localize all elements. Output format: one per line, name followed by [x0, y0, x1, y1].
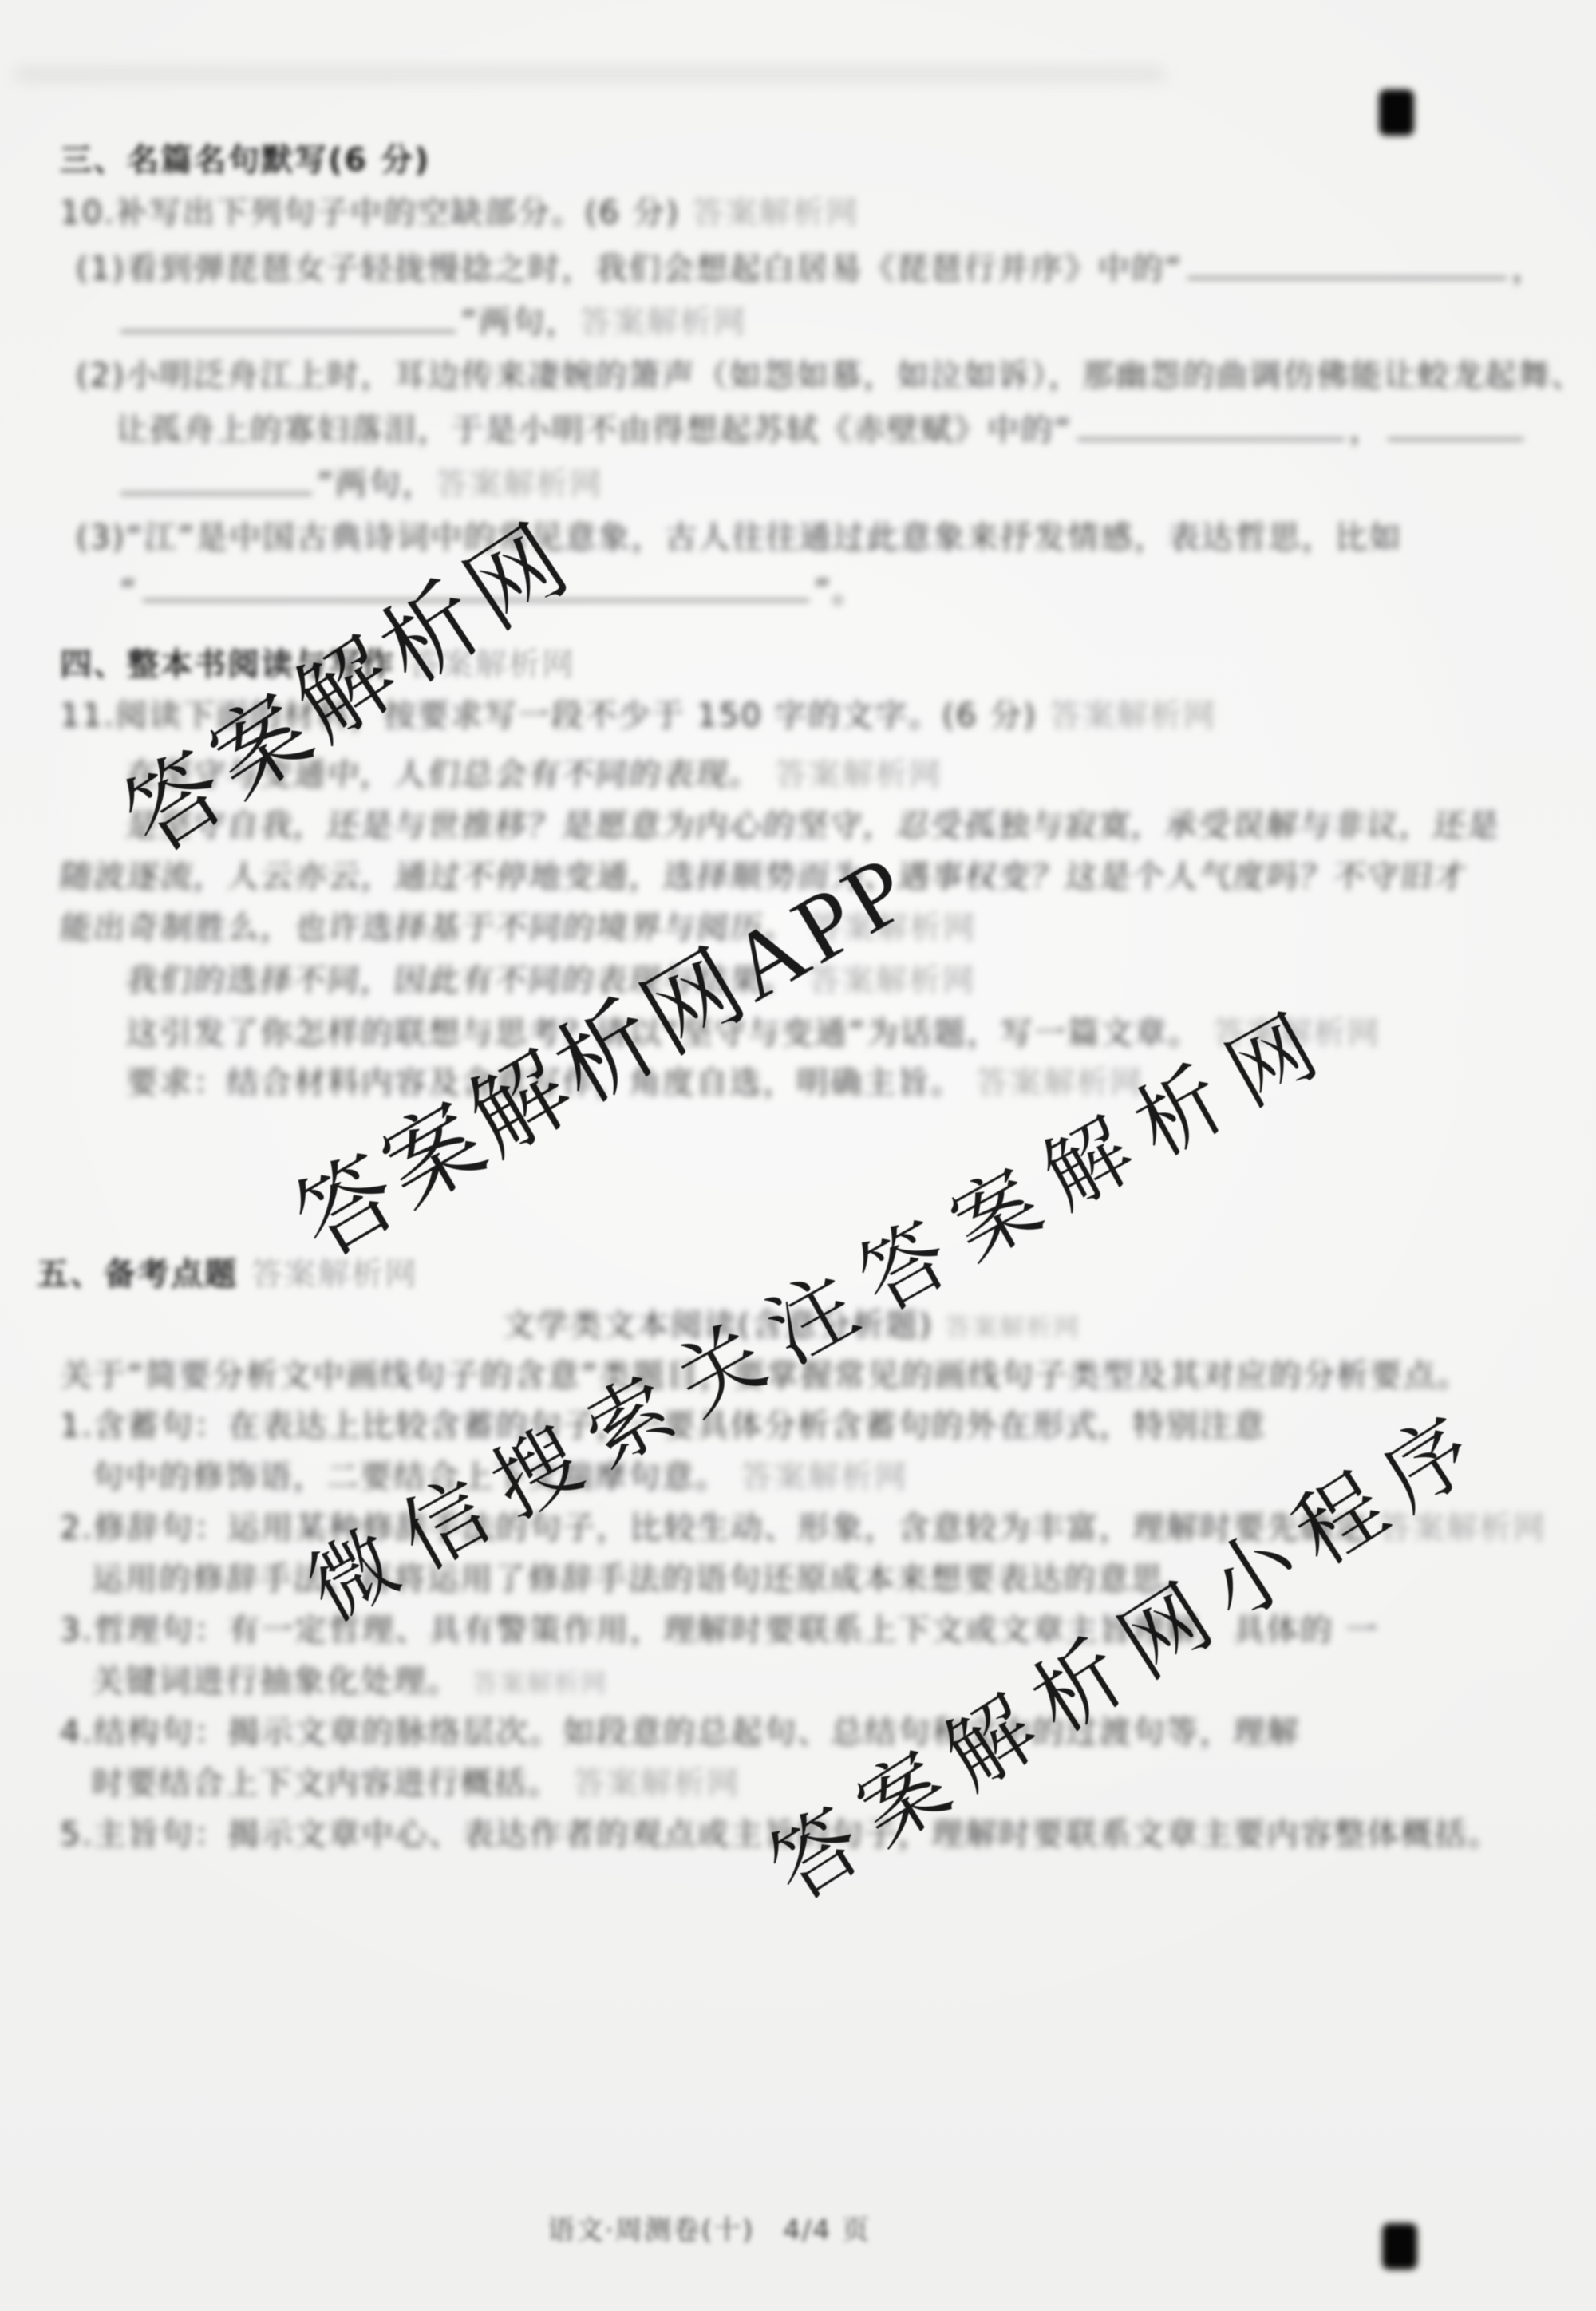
q10-item2-close: ”两句， — [317, 466, 436, 503]
question-10-stem: 10.补写出下列句子中的空缺部分。(6 分) — [60, 195, 680, 231]
q10-item1-line1: (1)看到弹琵琶女子轻拢慢捻之时，我们会想起白居易《琵琶行并序》中的“， — [76, 251, 1545, 287]
question-10: 10.补写出下列句子中的空缺部分。(6 分) 答案解析网 — [60, 195, 859, 231]
q10-item2-line3: ”两句，答案解析网 — [116, 466, 603, 503]
print-registration-mark-top — [1379, 89, 1414, 136]
q10-item1-stem: (1)看到弹琵琶女子轻拢慢捻之时，我们会想起白居易《琵琶行并序》中的“ — [76, 251, 1183, 287]
q10-item1-line2: ”两句，答案解析网 — [116, 304, 747, 341]
q10-item2-stem-b: 让孤舟上的寡妇落泪，于是小明不由得想起苏轼《赤壁赋》中的“ — [116, 412, 1073, 448]
point-text: 运用的修辞手法，再将运用了修辞手法的语句还原成本来想要表达的意思。 — [92, 1561, 1198, 1598]
q10-item3-stem: (3)“江”是中国古典诗词中的常见意象，古人往往通过此意象来抒发情感，表达哲思，… — [76, 519, 1402, 556]
q10-item2-stem-a: (2)小明泛舟江上时，耳边传来凄婉的箫声（如怨如慕，如泣如诉），那幽怨的曲调仿佛… — [76, 358, 1585, 394]
answer-blank — [1077, 414, 1345, 440]
footer-text: 语文·周测卷(十) 4/4 页 — [547, 2214, 871, 2246]
q10-item1-close: ”两句， — [460, 304, 579, 341]
q10-item2-comma: ， — [1349, 412, 1383, 448]
inline-watermark: 答案解析网 — [692, 195, 859, 231]
point-text: 时要结合上下文内容进行概括。 — [92, 1765, 561, 1802]
print-registration-mark-bottom — [1382, 2223, 1417, 2270]
material-text: 是坚守自我，还是与世推移？是愿意为内心的坚守，忍受孤独与寂寞，承受误解与非议，还… — [124, 808, 1503, 844]
inline-watermark: 答案解析网 — [472, 1668, 608, 1698]
q10-item3-close-quote: ”。 — [814, 573, 866, 610]
inline-watermark: 答案解析网 — [945, 1312, 1080, 1342]
section3-heading-text: 三、名篇名句默写(6 分) — [60, 142, 430, 179]
point-4-line2: 时要结合上下文内容进行概括。 答案解析网 — [92, 1765, 741, 1802]
inline-watermark: 答案解析网 — [741, 1459, 908, 1495]
answer-blank — [1187, 253, 1507, 279]
material-line-2: 是坚守自我，还是与世推移？是愿意为内心的坚守，忍受孤独与寂寞，承受误解与非议，还… — [126, 808, 1500, 844]
exam-page-scan: 三、名篇名句默写(6 分) 10.补写出下列句子中的空缺部分。(6 分) 答案解… — [0, 0, 1596, 2311]
inline-watermark: 答案解析网 — [579, 304, 747, 341]
answer-blank — [120, 306, 456, 333]
point-2-line2: 运用的修辞手法，再将运用了修辞手法的语句还原成本来想要表达的意思。 — [92, 1561, 1198, 1598]
point-3-line2: 关键词进行抽象化处理。 答案解析网 — [92, 1663, 608, 1700]
point-text: 2.修辞句：运用某种修辞手法的句子，比较生动、形象，含意较为丰富，理解时要先确定 — [60, 1510, 1367, 1547]
bleed-through-band — [14, 69, 1163, 80]
answer-blank — [120, 468, 312, 495]
q10-item1-comma: ， — [1511, 251, 1545, 287]
inline-watermark: 答案解析网 — [775, 757, 942, 793]
inline-watermark: 答案解析网 — [573, 1765, 741, 1802]
section5-heading-text: 五、备考点题 — [37, 1256, 238, 1293]
inline-watermark: 答案解析网 — [1049, 697, 1216, 734]
answer-blank — [1388, 414, 1523, 440]
q10-item3-line1: (3)“江”是中国古典诗词中的常见意象，古人往往通过此意象来抒发情感，表达哲思，… — [76, 519, 1402, 556]
page-footer: 语文·周测卷(十) 4/4 页 — [547, 2215, 871, 2246]
q10-item3-open-quote: “ — [120, 573, 138, 610]
section3-heading: 三、名篇名句默写(6 分) — [60, 142, 430, 179]
point-text: 关键词进行抽象化处理。 — [92, 1663, 460, 1700]
q10-item2-line1: (2)小明泛舟江上时，耳边传来凄婉的箫声（如怨如慕，如泣如诉），那幽怨的曲调仿佛… — [76, 358, 1585, 394]
q10-item2-line2: 让孤舟上的寡妇落泪，于是小明不由得想起苏轼《赤壁赋》中的“， — [116, 412, 1528, 448]
